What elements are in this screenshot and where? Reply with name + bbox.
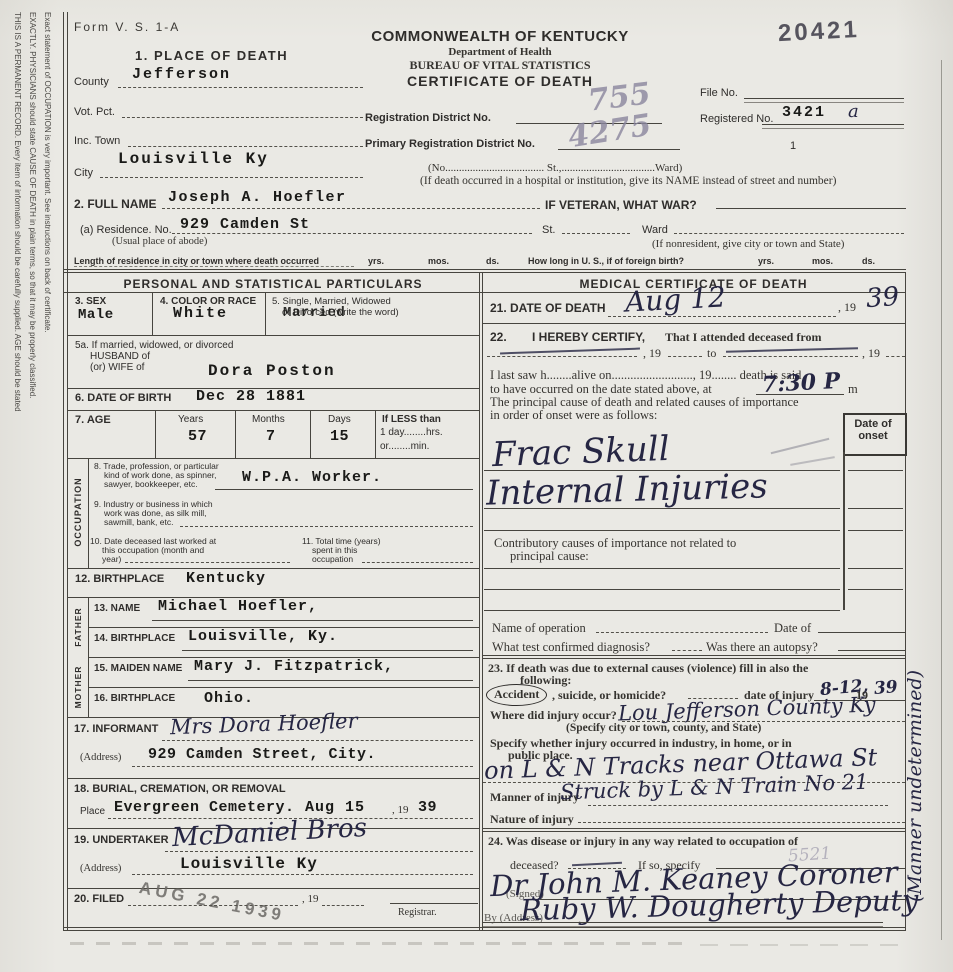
informant-address-value: 929 Camden Street, City. <box>148 746 376 763</box>
residence-value: 929 Camden St <box>180 216 310 233</box>
rule-line <box>596 632 768 633</box>
rule-line <box>762 124 904 125</box>
rule-line <box>128 905 298 906</box>
rule-line <box>67 568 479 569</box>
date-of-death-value: Aug 12 <box>624 280 726 318</box>
veteran-label: IF VETERAN, WHAT WAR? <box>545 198 697 212</box>
form-number: Form V. S. 1-A <box>74 20 180 34</box>
filed-date-stamp: AUG 22 1939 <box>137 878 286 926</box>
rule-line <box>125 562 290 563</box>
rule-line <box>100 177 363 178</box>
rule-line <box>63 269 906 273</box>
residence-ward-label: Ward <box>642 224 668 236</box>
rule-line <box>362 562 473 563</box>
last-saw-text: I last saw h........alive on............… <box>490 368 801 383</box>
marital-value: Married <box>283 305 345 321</box>
handwritten-strike <box>500 348 640 355</box>
registered-no-suffix: a <box>848 101 859 122</box>
filed-year-printed: , 19 <box>302 893 319 905</box>
bureau-subtitle: BUREAU OF VITAL STATISTICS <box>355 58 645 73</box>
registration-district-label: Registration District No. <box>365 112 491 124</box>
rule-line <box>188 680 473 681</box>
rule-line <box>848 508 903 509</box>
personal-section-title: PERSONAL AND STATISTICAL PARTICULARS <box>67 277 479 291</box>
accident-word: Accident <box>494 687 539 701</box>
scan-edge-line <box>941 60 942 940</box>
county-value: Jefferson <box>132 66 231 83</box>
abode-note: (Usual place of abode) <box>112 236 207 247</box>
mother-birthplace-value: Ohio. <box>204 690 254 707</box>
rule-line <box>63 12 64 930</box>
rule-line <box>182 650 473 651</box>
nonresident-note: (If nonresident, give city or town and S… <box>652 238 844 250</box>
rule-line <box>674 233 904 234</box>
yrs-label: yrs. <box>368 256 384 266</box>
occupation-side-label: OCCUPATION <box>68 458 86 566</box>
left-margin-line-3: Exact statement of OCCUPATION is very im… <box>40 12 55 812</box>
rule-line <box>483 926 883 927</box>
father-name-value: Michael Hoefler, <box>158 598 318 615</box>
death-certificate-scan: Exact statement of OCCUPATION is very im… <box>0 0 953 972</box>
burial-year-value: 39 <box>418 799 437 816</box>
rule-line <box>843 452 845 610</box>
dod-year-value: 39 <box>865 282 900 314</box>
rule-line <box>484 530 840 531</box>
cause-of-death-2: Internal Injuries <box>486 466 769 513</box>
spouse-label-3: (or) WIFE of <box>90 362 144 373</box>
mother-birthplace-label: 16. BIRTHPLACE <box>94 693 175 704</box>
pencil-mark <box>771 438 830 454</box>
rule-line <box>483 922 883 923</box>
spouse-label-1: 5a. If married, widowed, or divorced <box>75 340 233 351</box>
to-year-printed: , 19 <box>862 346 880 361</box>
rule-line <box>67 410 479 411</box>
rule-line <box>484 610 840 611</box>
rule-line <box>482 323 905 324</box>
rule-line <box>484 589 840 590</box>
dod-year-printed: , 19 <box>838 300 856 315</box>
age-years-value: 57 <box>188 428 207 445</box>
father-side-text: FATHER <box>73 607 83 646</box>
q24-text: 24. Was disease or injury in any way rel… <box>488 834 798 849</box>
rule-line <box>265 292 266 335</box>
rule-line <box>128 146 363 147</box>
undertaker-address-label: (Address) <box>80 863 121 874</box>
full-name-label: 2. FULL NAME <box>74 197 156 211</box>
certify-bold-text: I HEREBY CERTIFY, <box>532 330 645 344</box>
test-label: What test confirmed diagnosis? <box>492 640 650 655</box>
mother-maiden-label: 15. MAIDEN NAME <box>94 663 182 674</box>
birthplace-value: Kentucky <box>186 570 266 587</box>
rule-line <box>152 292 153 335</box>
registered-mark: 1 <box>790 140 796 152</box>
race-value: White <box>173 305 228 322</box>
scan-smudge <box>700 944 900 946</box>
rule-line <box>132 874 473 875</box>
rule-line <box>562 233 630 234</box>
rule-line <box>155 410 156 458</box>
rule-line <box>608 316 836 317</box>
length-residence-label: Length of residence in city or town wher… <box>74 256 319 266</box>
rule-line <box>848 568 903 569</box>
file-number-stamp: 20421 <box>777 16 860 48</box>
city-value: Louisville Ky <box>118 150 269 168</box>
hospital-note: (If death occurred in a hospital or inst… <box>420 175 836 187</box>
rule-line <box>235 410 236 458</box>
father-side-label: FATHER <box>68 599 86 655</box>
rule-line <box>63 927 906 931</box>
sex-value: Male <box>78 307 114 323</box>
age-years-label: Years <box>178 414 203 425</box>
rule-line <box>122 117 363 118</box>
burial-year-printed: , 19 <box>392 804 409 816</box>
rule-line <box>762 128 904 129</box>
rule-line <box>848 589 903 590</box>
pencil-mark <box>790 456 835 466</box>
rule-line <box>818 632 905 633</box>
cause-of-death-1: Frac Skull <box>491 429 670 475</box>
rule-line <box>744 102 904 103</box>
mother-side-text: MOTHER <box>73 666 83 709</box>
dob-label: 6. DATE OF BIRTH <box>75 392 171 404</box>
autopsy-label: Was there an autopsy? <box>706 640 818 655</box>
from-year-printed: , 19 <box>643 346 661 361</box>
inc-town-label: Inc. Town <box>74 135 120 147</box>
onset-label-2: onset <box>845 430 901 442</box>
spouse-value: Dora Poston <box>208 362 336 380</box>
ds-label: ds. <box>486 256 499 266</box>
filed-label: 20. FILED <box>74 893 124 905</box>
father-birthplace-label: 14. BIRTHPLACE <box>94 633 175 644</box>
accident-circled: Accident <box>486 684 547 706</box>
rule-line <box>118 87 363 88</box>
where-injury-label: Where did injury occur? <box>490 708 617 723</box>
birthplace-label: 12. BIRTHPLACE <box>75 573 164 585</box>
burial-label: 18. BURIAL, CREMATION, OR REMOVAL <box>74 783 286 795</box>
certify-number: 22. <box>490 330 507 344</box>
manner-undetermined-note: (Manner undetermined) <box>904 502 926 902</box>
rule-line <box>67 458 479 459</box>
rule-line <box>484 568 840 569</box>
rule-line <box>63 292 906 293</box>
rule-line <box>162 208 540 209</box>
age-months-label: Months <box>252 414 285 425</box>
rule-line <box>390 903 478 904</box>
file-no-label: File No. <box>700 87 738 99</box>
age-less-label-1: If LESS than <box>382 414 441 425</box>
rule-line <box>152 620 473 621</box>
residence-label: (a) Residence. No. <box>80 224 172 236</box>
occ10-label-3: year) <box>102 554 121 564</box>
left-margin-line-2: EXACTLY. PHYSICIANS should state CAUSE O… <box>25 12 40 812</box>
rule-line <box>74 266 354 267</box>
age-months-value: 7 <box>266 428 276 445</box>
father-birthplace-value: Louisville, Ky. <box>188 628 338 645</box>
rule-line <box>484 508 840 509</box>
handwritten-strike <box>726 347 858 352</box>
burial-place-label: Place <box>80 806 105 817</box>
rule-line <box>67 888 479 889</box>
occ8-value: W.P.A. Worker. <box>242 469 382 486</box>
age-less-label-3: or........min. <box>380 441 429 452</box>
informant-address-label: (Address) <box>80 752 121 763</box>
rule-line <box>67 335 479 336</box>
rule-line <box>744 98 904 99</box>
certify-rest-text: That I attended deceased from <box>665 330 821 345</box>
onset-label-1: Date of <box>845 418 901 430</box>
rule-line <box>886 356 905 357</box>
rule-line <box>172 233 532 234</box>
rule-line <box>668 356 702 357</box>
city-label: City <box>74 167 93 179</box>
injury-year-value: 39 <box>873 677 898 699</box>
rule-line <box>716 208 906 209</box>
us-length-label: How long in U. S., if of foreign birth? <box>528 256 684 266</box>
rule-line <box>482 655 905 659</box>
rule-line <box>848 470 903 471</box>
registrar-label: Registrar. <box>398 907 437 918</box>
occ9-label-3: sawmill, bank, etc. <box>104 517 173 527</box>
rule-line <box>482 828 905 832</box>
ds2-label: ds. <box>862 256 875 266</box>
principal-cause-text-2: in order of onset were as follows: <box>490 408 657 423</box>
sex-label: 3. SEX <box>75 296 106 307</box>
operation-date-label: Date of <box>774 621 811 636</box>
rule-line <box>215 489 473 490</box>
rule-line <box>132 766 473 767</box>
full-name-value: Joseph A. Hoefler <box>168 189 347 206</box>
rule-line <box>88 687 479 688</box>
rule-line <box>375 410 376 458</box>
rule-line <box>322 905 364 906</box>
age-days-label: Days <box>328 414 351 425</box>
department-subtitle: Department of Health <box>355 46 645 58</box>
age-days-value: 15 <box>330 428 349 445</box>
rule-line <box>88 458 89 568</box>
rule-line <box>487 356 637 357</box>
residence-st-label: St. <box>542 224 555 236</box>
scan-smudge <box>70 942 690 945</box>
father-name-label: 13. NAME <box>94 603 140 614</box>
rule-line <box>905 272 906 930</box>
rule-line <box>310 410 311 458</box>
left-margin-note: Exact statement of OCCUPATION is very im… <box>10 12 55 812</box>
rule-line <box>67 778 479 779</box>
spouse-label-2: HUSBAND of <box>90 351 150 362</box>
primary-district-label: Primary Registration District No. <box>365 138 535 150</box>
registered-no-value: 3421 <box>782 104 826 121</box>
contributory-text-2: principal cause: <box>510 549 589 564</box>
rule-line <box>848 530 903 531</box>
mos2-label: mos. <box>812 256 833 266</box>
time-m-label: m <box>848 382 858 397</box>
age-label: 7. AGE <box>75 414 111 426</box>
rule-line <box>588 805 888 806</box>
rule-line <box>838 650 905 651</box>
occ8-label-3: sawyer, bookkeeper, etc. <box>104 479 198 489</box>
mother-maiden-value: Mary J. Fitzpatrick, <box>194 658 394 675</box>
age-less-label-2: 1 day........hrs. <box>380 427 443 438</box>
commonwealth-title: COMMONWEALTH OF KENTUCKY <box>355 28 645 45</box>
yrs2-label: yrs. <box>758 256 774 266</box>
rule-line <box>165 851 473 852</box>
rule-line <box>672 650 702 651</box>
rule-line <box>162 740 473 741</box>
mos-label: mos. <box>428 256 449 266</box>
undertaker-label: 19. UNDERTAKER <box>74 834 169 846</box>
rule-line <box>479 272 480 930</box>
occ11-label-3: occupation <box>312 554 353 564</box>
voting-precinct-label: Vot. Pct. <box>74 106 115 118</box>
rule-line <box>723 356 858 357</box>
occupation-side-text: OCCUPATION <box>73 477 83 546</box>
undertaker-address-value: Louisville Ky <box>180 855 318 873</box>
left-margin-line-1: THIS IS A PERMANENT RECORD. Every item o… <box>10 12 25 812</box>
place-of-death-title: 1. PLACE OF DEATH <box>135 48 288 63</box>
dob-value: Dec 28 1881 <box>196 388 306 405</box>
nature-of-injury-label: Nature of injury <box>490 812 574 827</box>
rule-line <box>180 526 473 527</box>
rule-line <box>578 822 905 823</box>
mother-side-label: MOTHER <box>68 659 86 715</box>
informant-value: Mrs Dora Hoefler <box>170 709 358 740</box>
burial-place-value: Evergreen Cemetery. <box>114 799 295 816</box>
informant-label: 17. INFORMANT <box>74 723 158 735</box>
specify-city-note: (Specify city or town, county, and State… <box>566 722 761 734</box>
date-of-death-label: 21. DATE OF DEATH <box>490 301 606 315</box>
county-label: County <box>74 76 109 88</box>
street-ward-note: (No.................................... … <box>428 162 682 174</box>
to-word: to <box>707 346 716 361</box>
operation-label: Name of operation <box>492 621 586 636</box>
